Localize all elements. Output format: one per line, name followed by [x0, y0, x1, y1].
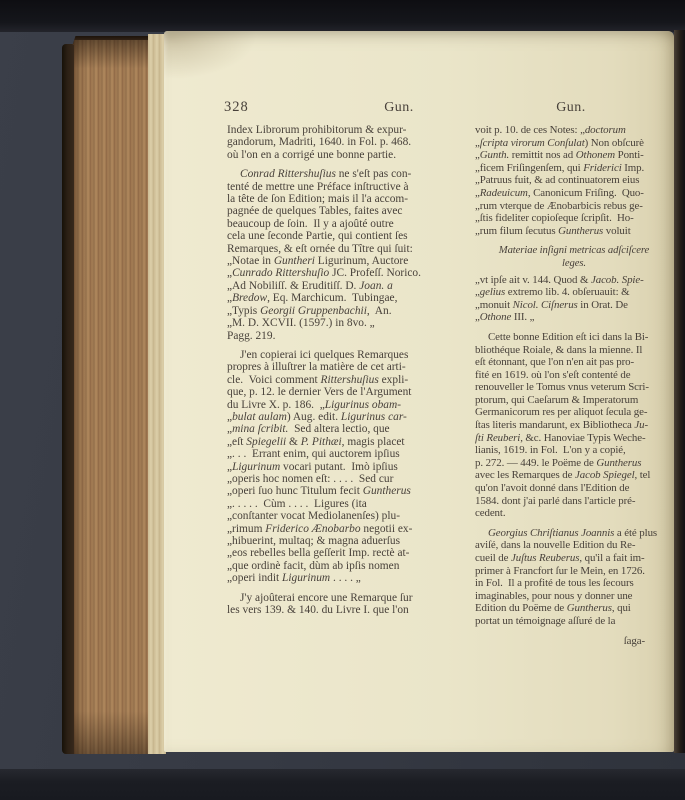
text-line: où l'on en a corrigé une bonne partie. [227, 149, 464, 161]
text-line: propres à illuſtrer la matière de cet ar… [227, 361, 464, 373]
page-number: 328 [224, 99, 249, 116]
text-line: bliothéque Roiale, & dans la mienne. Il [475, 344, 673, 357]
text-line: Germanicorum res per aliquot ſecula ge- [475, 406, 673, 419]
text-columns: Index Librorum prohibitorum & expur-gand… [227, 124, 673, 654]
text-line: „rimum Friderico Ænobarbo negotii ex- [227, 523, 464, 535]
text-line: J'en copierai ici quelques Remarques [227, 349, 464, 361]
text-line: „Ligurinum vocari putant. Imò ipſius [227, 461, 464, 473]
paragraph: Index Librorum prohibitorum & expur-gand… [227, 124, 464, 161]
text-line: renouveller le Tomus vnus veterum Scri- [475, 381, 673, 394]
text-line: „mina ſcribit. Sed altera lectio, que [227, 423, 464, 435]
text-line: „M. D. XCVII. (1597.) in 8vo. „ [227, 317, 464, 329]
text-line: voit p. 10. de ces Notes: „doctorum [475, 124, 673, 137]
photo-of-open-book: 328 Gun. Gun. Index Librorum prohibitoru… [0, 0, 685, 800]
text-line: gandorum, Madriti, 1640. in Fol. p. 468. [227, 136, 464, 148]
paragraph: J'en copierai ici quelques Remarquesprop… [227, 349, 464, 585]
bottom-shadow-band [0, 769, 685, 800]
text-line: „eos rebelles bella geſſerit Imp. rectè … [227, 547, 464, 559]
running-head-right: Gun. [534, 100, 608, 116]
text-line: „bulat aulam) Aug. edit. Ligurinus car- [227, 411, 464, 423]
verse-block: Materiae inſigni metricas adſciſcerelege… [475, 244, 673, 269]
text-line: ſti Reuberi, &c. Hanoviae Typis Weche- [475, 432, 673, 445]
text-line: Conrad Rittershuſius ne s'eſt pas con- [227, 168, 464, 180]
text-line: „hibuerint, multaq; & magna aduerſus [227, 535, 464, 547]
text-line: Cette bonne Edition eſt ici dans la Bi- [475, 331, 673, 344]
text-line: cela une ſeconde Partie, qui contient ſe… [227, 230, 464, 242]
catchword: ſaga- [475, 635, 673, 648]
text-line: Edition du Poëme de Guntherus, qui [475, 602, 673, 615]
text-line: avec les Remarques de Jacob Spiegel, tel [475, 469, 673, 482]
text-line: cueil de Juſtus Reuberus, qu'il a fait i… [475, 552, 673, 565]
paragraph: „vt ipſe ait v. 144. Quod & Jacob. Spie-… [475, 274, 673, 324]
text-line: „gelius extremo lib. 4. obſeruauit: & [475, 286, 673, 299]
text-line: „conſtanter vocat Mediolanenſes) plu- [227, 510, 464, 522]
top-shadow-band [0, 0, 685, 32]
text-line: „eſt Spiegelii & P. Pithæi, magis placet [227, 436, 464, 448]
text-line: 1584. dont j'ai parlé dans l'article pré… [475, 495, 673, 508]
text-line: „Cunrado Rittershuſio JC. Profeſſ. Noric… [227, 267, 464, 279]
text-line: pagnée de quelques Tables, faites avec [227, 205, 464, 217]
paragraph: Cette bonne Edition eſt ici dans la Bi-b… [475, 331, 673, 520]
text-line: „operis hoc nomen eſt: . . . . Sed cur [227, 473, 464, 485]
text-line: lianis, 1619. in Fol. L'on y a copié, [475, 444, 673, 457]
text-line: primer à Francfort ſur le Mein, en 1726. [475, 565, 673, 578]
text-line: „Ad Nobiliſſ. & Eruditiſſ. D. Joan. a [227, 280, 464, 292]
text-line: Materiae inſigni metricas adſciſcere [475, 244, 673, 257]
text-line: „Radeuicum, Canonicum Friſing. Quo- [475, 187, 673, 200]
text-line: „Notae in Guntheri Ligurinum, Auctore [227, 255, 464, 267]
text-line: ſtas literis mandarunt, ex Bibliotheca J… [475, 419, 673, 432]
text-line: Pagg. 219. [227, 330, 464, 342]
text-line: leges. [475, 257, 673, 270]
text-line: beaucoup de ſoin. Il y a ajoûté outre [227, 218, 464, 230]
text-line: fité en 1619. où l'on s'eſt contenté de [475, 369, 673, 382]
text-line: J'y ajoûterai encore une Remarque ſur [227, 592, 464, 604]
text-line: „Othone III. „ [475, 311, 673, 324]
text-line: Remarques, & eſt ornée du Tître qui ſuit… [227, 243, 464, 255]
book-spine-shadow-strip [674, 30, 685, 753]
text-line: aviſé, dans la nouvelle Edition du Re- [475, 539, 673, 552]
text-line: „. . . Errant enim, qui auctorem ipſius [227, 448, 464, 460]
text-line: eſt étonnant, que l'on n'en ait pas pro- [475, 356, 673, 369]
text-line: „ſcripta virorum Conſulat) Non obſcurè [475, 137, 673, 150]
text-line: tenté de mettre une Préface inſtructive … [227, 181, 464, 193]
text-line: du Livre X. p. 186. „Ligurinus obam- [227, 399, 464, 411]
book-page: 328 Gun. Gun. Index Librorum prohibitoru… [164, 31, 674, 752]
text-line: „rum filum ſecutus Guntherus voluit [475, 225, 673, 238]
paragraph: Georgius Chriſtianus Joannis a été plusa… [475, 527, 673, 628]
text-line: la tête de ſon Edition; mais il l'a acco… [227, 193, 464, 205]
text-line: les vers 139. & 140. du Livre I. que l'o… [227, 604, 464, 616]
text-line: Georgius Chriſtianus Joannis a été plus [475, 527, 673, 540]
text-line: qu'on l'avoit donné dans l'Edition de [475, 482, 673, 495]
text-line: ſaga- [475, 635, 673, 648]
text-line: cedent. [475, 507, 673, 520]
text-line: p. 272. — 449. le Poëme de Guntherus [475, 457, 673, 470]
text-line: „monuit Nicol. Ciſnerus in Orat. De [475, 299, 673, 312]
text-line: portat un témoignage aſſuré de la [475, 615, 673, 628]
text-line: imaginables, pour nous y donner une [475, 590, 673, 603]
paragraph: Conrad Rittershuſius ne s'eſt pas con-te… [227, 168, 464, 342]
paragraph: voit p. 10. de ces Notes: „doctorum„ſcri… [475, 124, 673, 237]
text-line: ptorum, qui Caeſarum & Imperatorum [475, 394, 673, 407]
text-line: „ſtis fideliter copioſeque ſcripſit. Ho- [475, 212, 673, 225]
text-line: „Gunth. remittit nos ad Othonem Ponti- [475, 149, 673, 162]
text-line: in Fol. Il a profité de tous les ſecours [475, 577, 673, 590]
column-right: voit p. 10. de ces Notes: „doctorum„ſcri… [475, 124, 673, 654]
text-line: „Patruus fuit, & ad continuatorem eius [475, 174, 673, 187]
text-line: „Bredow, Eq. Marchicum. Tubingae, [227, 292, 464, 304]
text-line: Index Librorum prohibitorum & expur- [227, 124, 464, 136]
paragraph: J'y ajoûterai encore une Remarque ſurles… [227, 592, 464, 617]
text-line: que, p. 12. le dernier Vers de l'Argumen… [227, 386, 464, 398]
text-line: „vt ipſe ait v. 144. Quod & Jacob. Spie- [475, 274, 673, 287]
text-line: „. . . . . Cùm . . . . Ligures (ita [227, 498, 464, 510]
text-line: „operi ſuo hunc Titulum fecit Guntherus [227, 485, 464, 497]
text-line: „ficem Friſingenſem, qui Friderici Imp. [475, 162, 673, 175]
column-left: Index Librorum prohibitorum & expur-gand… [227, 124, 464, 654]
text-line: „Typis Georgii Gruppenbachii, An. [227, 305, 464, 317]
running-head-left: Gun. [364, 100, 434, 116]
text-line: „rum vterque de Ænobarbicis rebus ge- [475, 200, 673, 213]
text-line: „que ordinè facit, dùm ab ipſis nomen [227, 560, 464, 572]
text-line: „operi indit Ligurinum . . . . „ [227, 572, 464, 584]
book-cover-bottom-edge [66, 750, 674, 769]
text-line: cle. Voici comment Rittershuſius expli- [227, 374, 464, 386]
